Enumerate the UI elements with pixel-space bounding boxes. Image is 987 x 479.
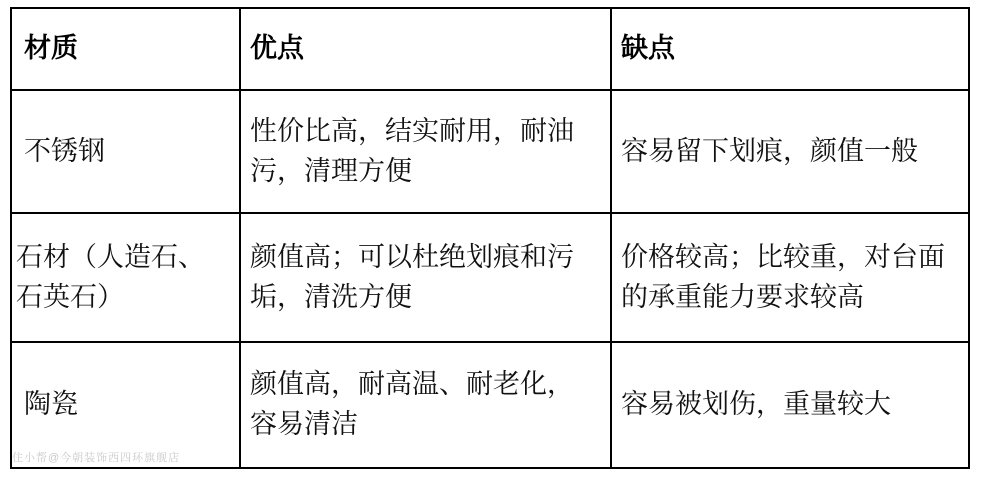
material-cell: 不锈钢 xyxy=(11,90,240,213)
material-cell: 石材（人造石、 石英石） xyxy=(11,213,240,342)
table-row-stainless-steel: 不锈钢 性价比高，结实耐用，耐油 污，清理方便 容易留下划痕，颜值一般 xyxy=(11,90,969,213)
pros-cell: 性价比高，结实耐用，耐油 污，清理方便 xyxy=(240,90,611,213)
header-cell-cons: 缺点 xyxy=(611,8,969,90)
table-header-row: 材质 优点 缺点 xyxy=(11,8,969,90)
material-comparison-table: 材质 优点 缺点 不锈钢 性价比高，结实耐用，耐油 污，清理方便 容易留下划痕，… xyxy=(10,7,970,469)
cons-cell: 容易被划伤，重量较大 xyxy=(611,342,969,468)
header-cell-material: 材质 xyxy=(11,8,240,90)
watermark: 住小帮@今朝装饰西四环旗舰店 xyxy=(12,449,180,465)
pros-cell: 颜值高，耐高温、耐老化， 容易清洁 xyxy=(240,342,611,468)
cons-cell: 价格较高；比较重，对台面 的承重能力要求较高 xyxy=(611,213,969,342)
cons-cell: 容易留下划痕，颜值一般 xyxy=(611,90,969,213)
header-cell-pros: 优点 xyxy=(240,8,611,90)
table-row-stone: 石材（人造石、 石英石） 颜值高；可以杜绝划痕和污 垢，清洗方便 价格较高；比较… xyxy=(11,213,969,342)
pros-cell: 颜值高；可以杜绝划痕和污 垢，清洗方便 xyxy=(240,213,611,342)
